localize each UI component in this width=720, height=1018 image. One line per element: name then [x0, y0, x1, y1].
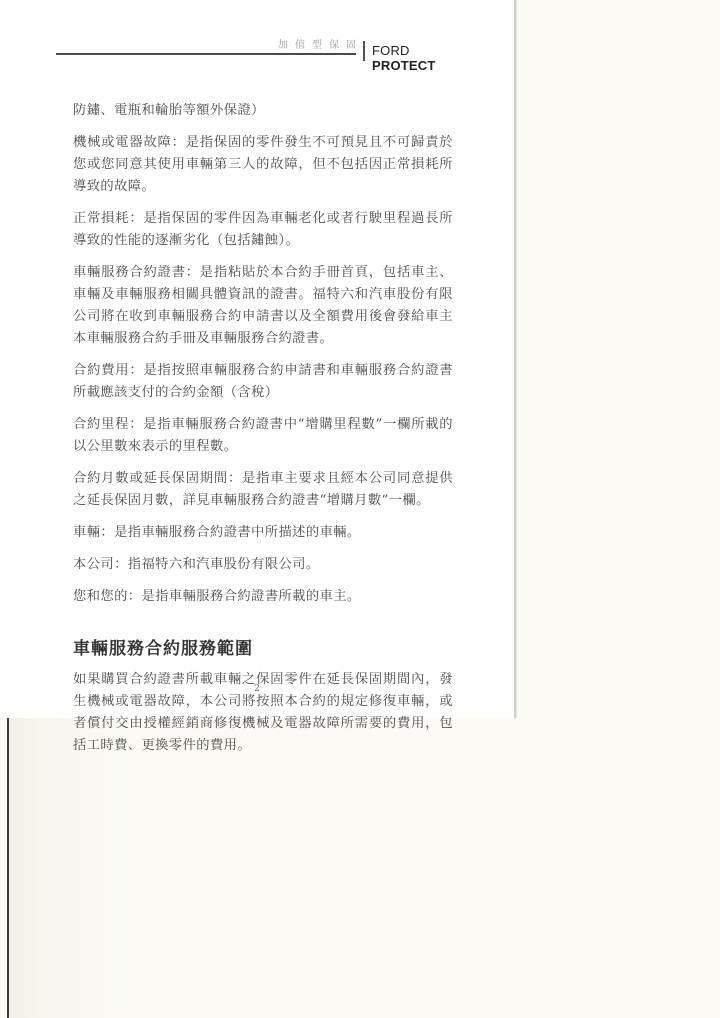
- definition-fee: 合約費用：是指按照車輛服務合約申請書和車輛服務合約證書所載應該支付的合約金額（含…: [73, 360, 453, 404]
- definition-you: 您和您的：是指車輛服務合約證書所載的車主。: [73, 586, 453, 608]
- section-title: 車輛服務合約服務範圍: [73, 634, 453, 659]
- page-number: 2: [0, 684, 514, 694]
- paragraph-warranty-extra: 防鏽、電瓶和輪胎等額外保證）: [73, 100, 453, 122]
- definition-months: 合約月數或延長保固期間：是指車主要求且經本公司同意提供之延長保固月數，詳見車輛服…: [73, 468, 453, 512]
- page-content: 防鏽、電瓶和輪胎等額外保證） 機械或電器故障：是指保固的零件發生不可預見且不可歸…: [73, 100, 453, 767]
- definition-certificate: 車輛服務合約證書：是指粘貼於本合約手冊首頁，包括車主、車輛及車輛服務相關具體資訊…: [73, 262, 453, 350]
- definition-company: 本公司：指福特六和汽車股份有限公司。: [73, 554, 453, 576]
- brand-light: FORD: [372, 43, 410, 58]
- page-header: 加值型保固 FORD PROTECT: [56, 33, 476, 63]
- header-subtitle: 加值型保固: [278, 36, 363, 51]
- definition-vehicle: 車輛：是指車輛服務合約證書中所描述的車輛。: [73, 522, 453, 544]
- document-page: 加值型保固 FORD PROTECT 防鏽、電瓶和輪胎等額外保證） 機械或電器故…: [0, 0, 516, 718]
- definition-mileage: 合約里程：是指車輛服務合約證書中“增購里程數”一欄所載的以公里數來表示的里程數。: [73, 414, 453, 458]
- header-divider: [363, 41, 365, 61]
- brand-bold: PROTECT: [372, 58, 436, 73]
- definition-breakdown: 機械或電器故障：是指保固的零件發生不可預見且不可歸責於您或您同意其使用車輛第三人…: [73, 132, 453, 198]
- definition-wear: 正常損耗：是指保固的零件因為車輛老化或者行駛里程過長所導致的性能的逐漸劣化（包括…: [73, 208, 453, 252]
- header-rule: [56, 53, 356, 55]
- brand-logo: FORD PROTECT: [372, 43, 476, 73]
- section-body: 如果購買合約證書所載車輛之保固零件在延長保固期間內，發生機械或電器故障，本公司將…: [73, 669, 453, 757]
